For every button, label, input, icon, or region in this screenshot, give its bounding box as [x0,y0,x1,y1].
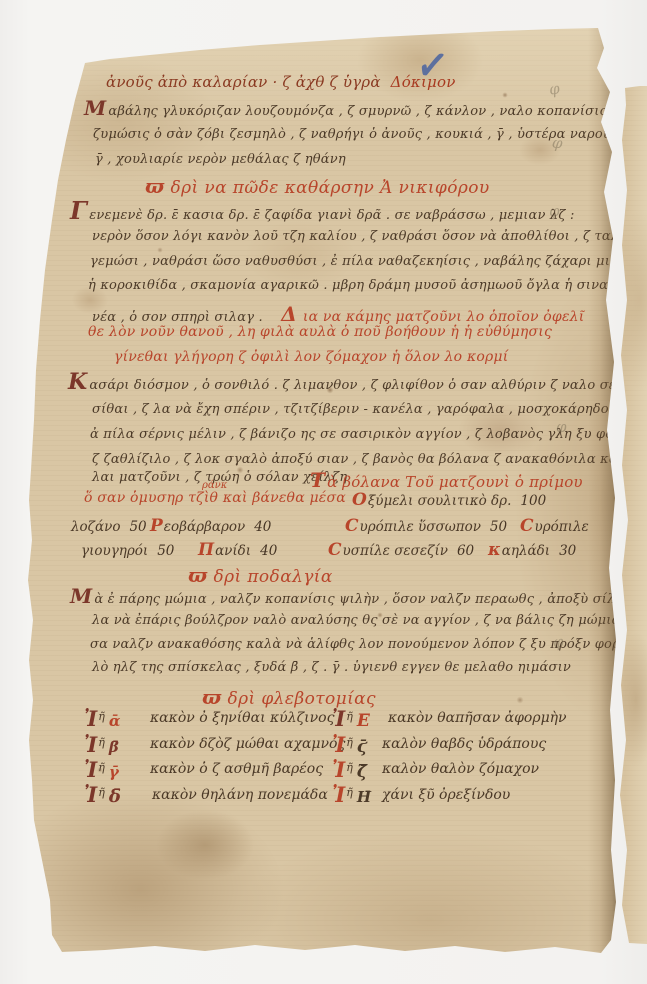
ingredient-quantity: 50 [157,543,174,559]
title-text: ἀνοῦς ἀπὸ καλαρίαν · ζ ἀχθ ζ ὑγρὰ [106,73,381,91]
title-line: ἀνοῦς ἀπὸ καλαρίαν · ζ ἀχθ ζ ὑγρὰΔόκιμον [106,73,456,91]
paragraph-1-line-3: γ̄ , χουλιαρίε νερὸν μεθάλας ζ ηθάνη [95,152,346,168]
ingredient-item: γιουγηρόι50 [80,540,174,560]
ingredient-name: λοζάνο [71,519,120,535]
heading-text: δρὶ ποδαλγία [213,567,332,587]
paragraph-1-line-2: ζυμώσις ὁ σὰν ζόβι ζεσμηλὸ , ζ ναθρήγι ὁ… [93,127,633,143]
label-letter: Ἰ [332,782,345,807]
label-superscript: ῆ [346,786,353,799]
paragraph-2-line-2: νερὸν ὅσον λόγι κανὸν λοῦ τζη καλίου , ζ… [92,229,628,245]
bloodletting-entry: κακὸν ὀ ξηνίθαι κύλζινος [150,710,334,726]
ingredient-heading-line-2: ὅ σαν ὁμυσηρ τζὶθ καὶ βάνεθα μέσα [84,490,346,507]
ingredient-quantity: 30 [559,543,576,559]
ingredient-name: υρόπιλε ὕσσωπον [360,519,481,535]
ingredient-item: λοζάνο50 [70,516,147,536]
heading-flourish-icon: ϖ [188,563,207,587]
paragraph-2-line-3: γεμώσι , ναθράσι ὥσο ναθυσθύσι , ἐ πίλα … [90,254,647,270]
ingredient-name: εοβάρβαρον [164,519,245,535]
paragraph-1-line-1: Μαβάλης γλυκόριζαν λουζουμόνζα , ζ σμυρν… [84,100,647,120]
bloodletting-entry: κακὸν δζὸζ μώθαι αχαμνός [150,736,345,752]
paragraph-initial: Μ [70,584,92,608]
label-superscript: ῆ [346,710,353,723]
label-superscript: ῆ [346,761,353,774]
label-superscript: ῆ [98,736,105,749]
red-initial: Δ [281,302,297,326]
bloodletting-row-label: Ἰῆᾱ [84,706,120,731]
ingredient-item: Ϲυσπίλε σεσεζίν60 [328,540,474,560]
bloodletting-row-label: Ἰῆδ̄ [84,782,121,807]
paragraph-2-line-1: Γενεμενὲ δρ. ε̄ κασια δρ. ε̄ ζαφίδα γιαν… [70,201,575,224]
folio-number-pencil: 52 [46,33,79,61]
ingredient-item: Ϲυρόπιλε ὕσσωπον50 [345,516,507,536]
bloodletting-entry: καλὸν θαλὸν ζόμαχον [382,761,539,777]
recipe-heading-1: ϖδρὶ να πῶδε καθάρσην Ἀ νικιφόρου [145,174,490,198]
ingredient-quantity: 100 [520,493,546,509]
ingredient-initial: Ρ [150,516,163,536]
label-letter: Ἰ [332,757,345,782]
bloodletting-row-label: ἸῆΗ̄ [332,782,371,807]
paragraph-3-line-3: ἀ πίλα σέρνις μέλιν , ζ βάνιζο ης σε σασ… [90,427,647,443]
line-text: ὰ ἐ πάρης μώμια , ναλζν κοπανίσις ψιλὴν … [94,592,647,607]
title-red-word: Δόκιμον [391,73,456,91]
bloodletting-entry: κακὸν θηλάνη πονεμάδα [152,787,328,803]
label-letter: Ἰ [332,732,345,757]
ingredient-list-heading: Τὰ βόλανα Τοῦ ματζουνὶ ὁ πρίμου [310,468,583,492]
label-numeral: ϛ̄ [357,737,367,757]
heading-flourish-icon: ϖ [145,174,164,198]
heading-text: ὰ βόλανα Τοῦ ματζουνὶ ὁ πρίμου [327,473,583,491]
red-initial: Τ [310,468,325,492]
ingredient-quantity: 40 [254,519,271,535]
paragraph-4-line-1: Μὰ ἐ πάρης μώμια , ναλζν κοπανίσις ψιλὴν… [70,588,647,608]
ingredient-name: ξύμελι σουλιτικὸ δρ. [368,493,512,509]
label-numeral: Η̄ [357,788,371,806]
line-text: ενεμενὲ δρ. ε̄ κασια δρ. ε̄ ζαφίδα γιανὶ… [89,208,574,223]
line-text: αβάλης γλυκόριζαν λουζουμόνζα , ζ σμυρνῶ… [108,104,647,119]
label-letter: Ἰ [84,706,97,731]
label-superscript: ῆ [98,786,105,799]
ingredient-initial: Ο [352,490,367,510]
label-numeral: ᾱ [109,712,121,730]
bloodletting-entry: χάνι ξῦ ὀρεξίνδου [382,787,510,803]
manuscript-page: 52 ✓ φ φ φ φ φ ἀνοῦς ἀπὸ καλαρίαν · ζ ἀχ… [0,0,647,984]
paragraph-3-line-4: ζ ζαθλίζιλο , ζ λοκ σγαλὸ ἀποξύ σιαν , ζ… [92,452,647,468]
label-superscript: ῆ [98,761,105,774]
scanned-manuscript: 52 ✓ φ φ φ φ φ ἀνοῦς ἀπὸ καλαρίαν · ζ ἀχ… [0,0,647,984]
ingredient-initial: Ϲ [345,516,359,536]
heading-text: δρὶ να πῶδε καθάρσην Ἀ νικιφόρου [170,178,489,198]
paragraph-2-line-5: νέα , ὁ σον σπηρὶ σιλαγ . Δια να κάμης μ… [92,302,584,326]
ingredient-item: Οξύμελι σουλιτικὸ δρ.100 [352,490,546,510]
line-text: ασάρι διόσμον , ὁ σονθιλό . ζ λιμανθον ,… [89,378,647,393]
paragraph-4-line-4: λὸ ηλζ της σπίσκελας , ξυδά β̄ , ζ . γ̄ … [92,660,571,676]
paragraph-initial: Μ [84,96,106,120]
ingredient-item: Πανίδι40 [198,540,277,560]
ingredient-initial: Ϲ [328,540,342,560]
label-letter: Ἰ [84,782,97,807]
label-letter: Ἰ [332,706,345,731]
ingredient-quantity: 40 [260,543,277,559]
paragraph-4-line-3: σα ναλζν ανακαθόσης καλὰ νὰ ἁλίφθς λον π… [90,637,647,653]
ingredient-name: αηλάδι [502,543,550,559]
ingredient-quantity: 50 [129,519,146,535]
label-numeral: β̄ [109,738,119,756]
ingredient-name: υρόπιλε [535,519,589,535]
margin-bleedthrough-mark: φ [548,79,561,99]
red-heading-line-2: θε λὸν νοῦν θανοῦ , λη φιλὰ αυλὰ ὁ ποῦ β… [88,324,552,341]
paragraph-3-line-2: σίθαι , ζ λα νὰ ἔχη σπέριν , τζιτζίβεριν… [92,402,647,418]
bloodletting-row-label: ἸῆΕ̄ [332,706,370,731]
label-numeral: ζ̄ [357,762,367,782]
label-letter: Ἰ [84,732,97,757]
ingredient-quantity: 60 [457,543,474,559]
bloodletting-row-label: Ἰῆϛ̄ [332,732,367,757]
bloodletting-row-label: Ἰῆγ̄ [84,757,119,782]
paragraph-4-line-2: λα νὰ ἐπάρις βούλζρον ναλὸ αναλύσης θς σ… [92,613,641,629]
bloodletting-entry: κακὸν ὁ ζ ασθμῆ βαρέος [150,761,323,777]
ingredient-initial: Ϲ [520,516,534,536]
ingredient-name: ανίδι [215,543,251,559]
paragraph-initial: Κ [68,369,87,395]
bloodletting-row-label: Ἰῆβ̄ [84,732,119,757]
line-text: νέα , ὁ σον σπηρὶ σιλαγ . [92,310,263,325]
label-letter: Ἰ [84,757,97,782]
ingredient-name: γιουγηρόι [81,543,148,559]
ingredient-quantity: 50 [490,519,507,535]
ingredient-initial: Π [198,540,214,560]
red-heading-inline: ια να κάμης ματζοῦνι λο ὁποῖον ὀφελῖ [303,309,585,325]
ingredient-name: υσπίλε σεσεζίν [343,543,448,559]
label-superscript: ῆ [98,710,105,723]
paragraph-initial: Γ [70,196,87,225]
paragraph-2-line-4: ἡ κοροκιθίδα , σκαμονία αγαρικῶ . μβρη δ… [88,278,627,294]
label-numeral: Ε̄ [357,711,370,731]
ingredient-item: καηλάδι30 [488,540,576,560]
red-heading-line-3: γίνεθαι γλήγορη ζ ὀφιλὶ λον ζόμαχον ἡ ὅλ… [114,349,508,366]
recipe-heading-podagra: ϖδρὶ ποδαλγία [188,563,333,587]
heading-flourish-icon: ϖ [202,685,221,709]
bloodletting-entry: καλὸν θαβδς ὑδράπους [382,736,546,752]
ingredient-item: Ϲυρόπιλε [520,516,598,536]
ingredient-initial: κ [488,540,501,560]
bloodletting-row-label: Ἰῆζ̄ [332,757,367,782]
label-superscript: ῆ [346,736,353,749]
ingredient-item: Ρεοβάρβαρον40 [150,516,271,536]
paragraph-3-line-1: Κασάρι διόσμον , ὁ σονθιλό . ζ λιμανθον … [68,374,647,394]
bloodletting-entry: κακὸν θαπῆσαν ἀφορμὴν [388,710,567,726]
label-numeral: γ̄ [109,763,119,781]
label-numeral: δ̄ [109,786,121,807]
